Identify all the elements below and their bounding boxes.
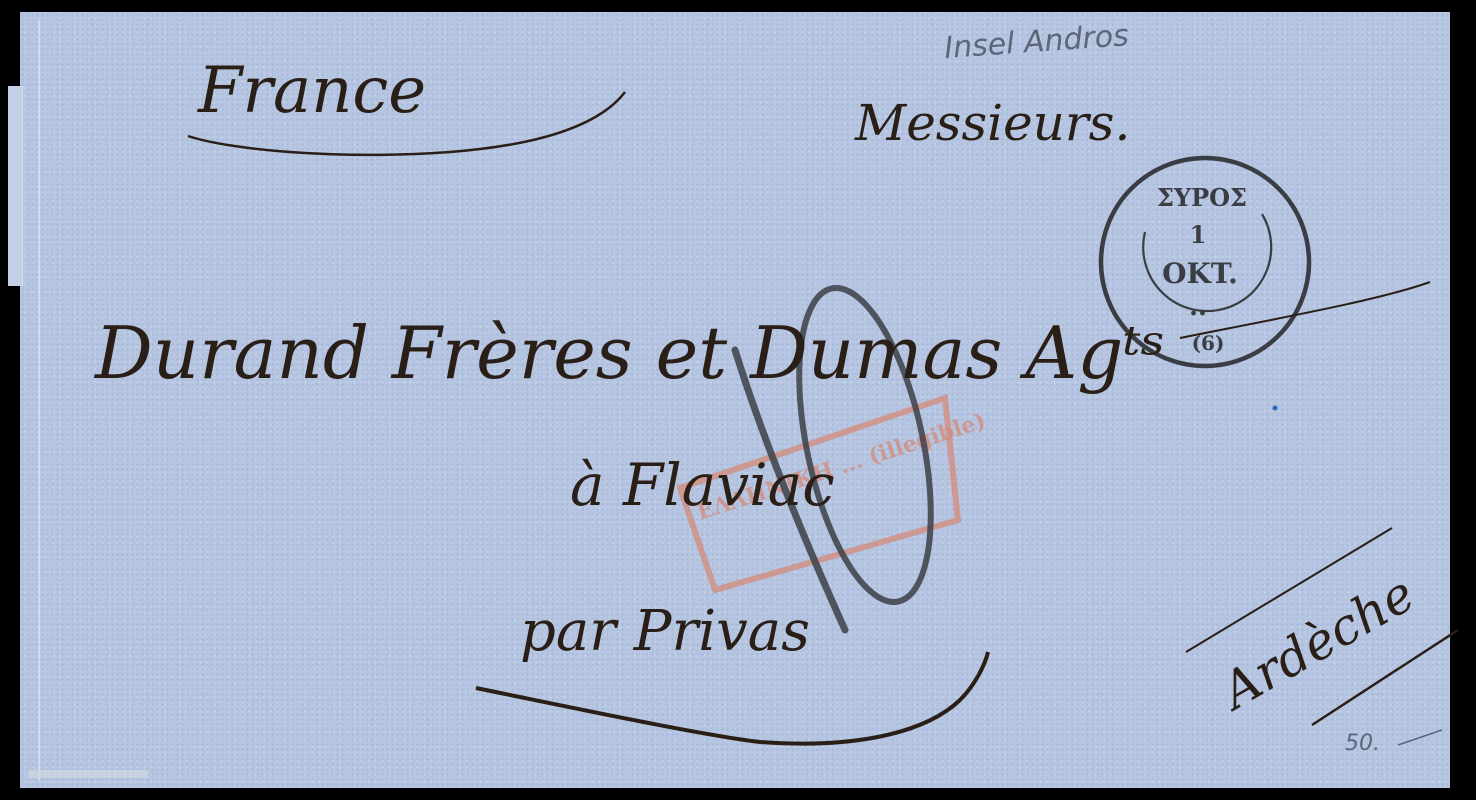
postmark-day: 1 [1190, 220, 1207, 249]
destination-country: France [197, 54, 426, 128]
cover-markings: ΕΛΛΗΝΙΚΗ ... (illegible) ΣΥΡΟΣ 1 OKT. ..… [0, 0, 1476, 800]
via-underline [476, 652, 988, 744]
ink-dot [1273, 406, 1278, 411]
address-via-line: par Privas [520, 599, 810, 664]
department: Ardèche [1209, 564, 1425, 722]
address-city-line: à Flaviac [570, 451, 835, 519]
postmark-month: OKT. [1162, 257, 1238, 290]
postmark-year: .. [1189, 292, 1207, 322]
salutation: Messieurs. [854, 94, 1130, 152]
pencil-price: 50. [1345, 731, 1380, 756]
pencil-note: Insel Andros [943, 18, 1130, 66]
postmark-town: ΣΥΡΟΣ [1157, 183, 1247, 212]
price-dash [1398, 730, 1442, 745]
addressee-line: Durand Frères et Dumas Agᵗˢ [93, 311, 1165, 395]
